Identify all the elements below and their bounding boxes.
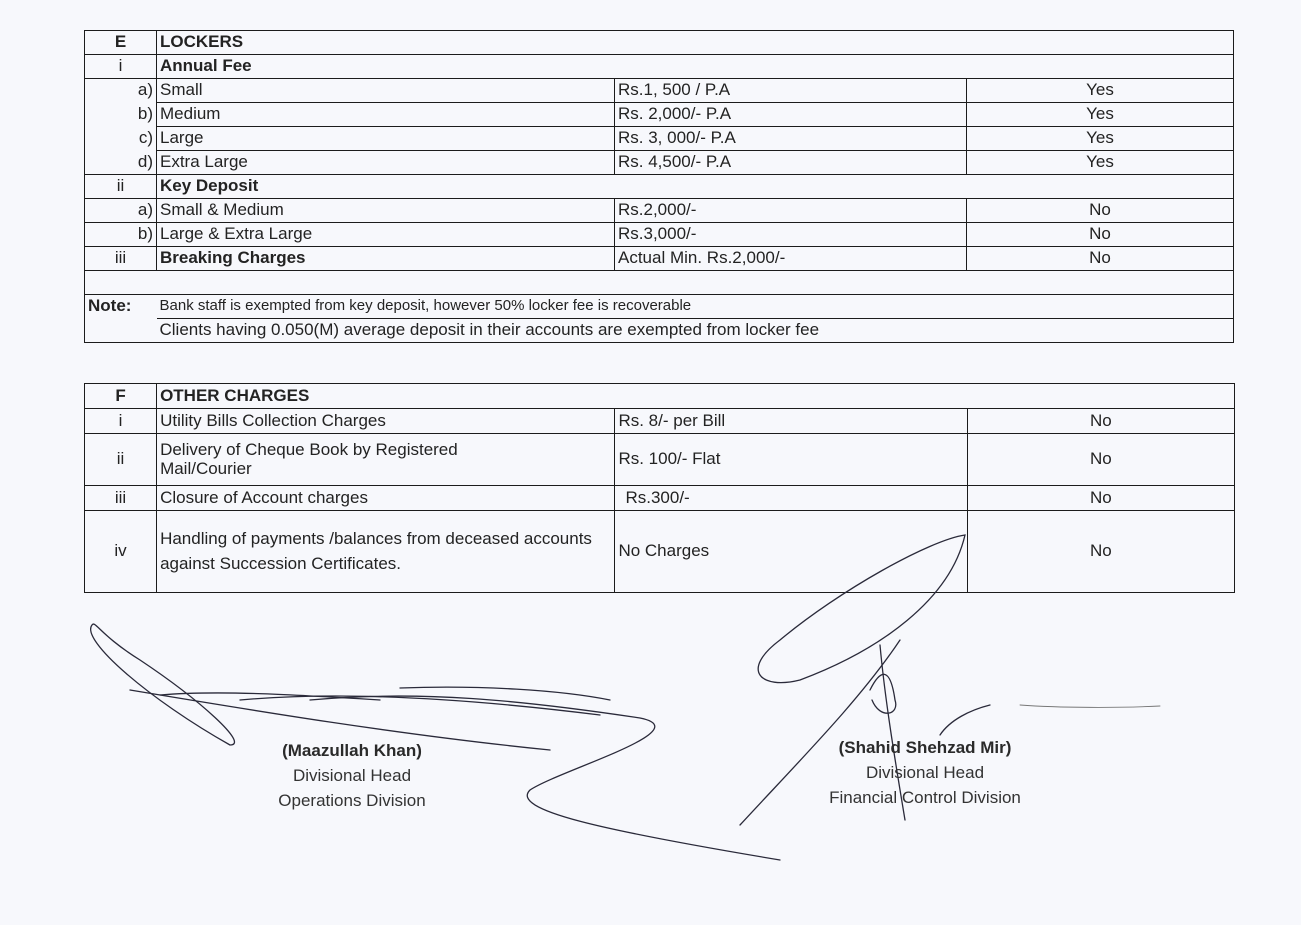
row-label: Closure of Account charges (157, 486, 615, 511)
signatory-name: (Maazullah Khan) (242, 738, 462, 763)
table-row: a) Small Rs.1, 500 / P.A Yes (85, 79, 1234, 103)
row-fed: No (967, 434, 1234, 486)
section-title: LOCKERS (157, 31, 1234, 55)
signatory-division: Operations Division (242, 788, 462, 813)
table-row: iii Breaking Charges Actual Min. Rs.2,00… (85, 247, 1234, 271)
row-charge: Rs. 100/- Flat (615, 434, 967, 486)
signatory-title: Divisional Head (790, 760, 1060, 785)
table-row: ii Delivery of Cheque Book by Registered… (85, 434, 1235, 486)
table-row: b) Large & Extra Large Rs.3,000/- No (85, 223, 1234, 247)
row-charge: Actual Min. Rs.2,000/- (615, 247, 967, 271)
lockers-table: E LOCKERS i Annual Fee a) Small Rs.1, 50… (84, 30, 1234, 343)
row-fed: No (967, 223, 1234, 247)
row-label: Large (157, 127, 615, 151)
section-letter: E (85, 31, 157, 55)
subsection-title: Annual Fee (157, 55, 1234, 79)
row-index: ii (85, 434, 157, 486)
section-header-row: E LOCKERS (85, 31, 1234, 55)
row-index: iii (85, 247, 157, 271)
table-row: c) Large Rs. 3, 000/- P.A Yes (85, 127, 1234, 151)
row-charge: Rs.300/- (615, 486, 967, 511)
table-row: i Utility Bills Collection Charges Rs. 8… (85, 409, 1235, 434)
subsection-title: Key Deposit (157, 175, 1234, 199)
row-label: Breaking Charges (157, 247, 615, 271)
signature-left-loop (91, 624, 235, 745)
row-index: iii (85, 486, 157, 511)
row-fed: Yes (967, 151, 1234, 175)
row-label: Small & Medium (157, 199, 615, 223)
signatory-name: (Shahid Shehzad Mir) (790, 735, 1060, 760)
row-charge: Rs. 8/- per Bill (615, 409, 967, 434)
note-row: Clients having 0.050(M) average deposit … (85, 319, 1234, 343)
table-row: d) Extra Large Rs. 4,500/- P.A Yes (85, 151, 1234, 175)
spacer-row (85, 271, 1234, 295)
row-charge: Rs.1, 500 / P.A (615, 79, 967, 103)
table-row: a) Small & Medium Rs.2,000/- No (85, 199, 1234, 223)
table-row: b) Medium Rs. 2,000/- P.A Yes (85, 103, 1234, 127)
row-label: Small (157, 79, 615, 103)
row-label: Extra Large (157, 151, 615, 175)
row-label: Delivery of Cheque Book by Registered Ma… (157, 434, 615, 486)
row-charge: Rs.2,000/- (615, 199, 967, 223)
row-charge: Rs. 3, 000/- P.A (615, 127, 967, 151)
row-fed: Yes (967, 103, 1234, 127)
subsection-index: i (85, 55, 157, 79)
note-text: Clients having 0.050(M) average deposit … (157, 319, 1234, 343)
row-index: iv (85, 511, 157, 593)
table-row: iii Closure of Account charges Rs.300/- … (85, 486, 1235, 511)
row-index: b) (85, 103, 157, 127)
row-index: c) (85, 127, 157, 151)
empty-cell (85, 271, 1234, 295)
signatory-title: Divisional Head (242, 763, 462, 788)
row-fed: No (967, 486, 1234, 511)
row-fed: No (967, 199, 1234, 223)
row-index: d) (85, 151, 157, 175)
row-fed: No (967, 409, 1234, 434)
row-index: a) (85, 79, 157, 103)
row-index: a) (85, 199, 157, 223)
section-header-row: F OTHER CHARGES (85, 384, 1235, 409)
note-label: Note: (85, 295, 157, 319)
row-label: Medium (157, 103, 615, 127)
signatory-block: (Shahid Shehzad Mir) Divisional Head Fin… (790, 735, 1060, 810)
signatory-division: Financial Control Division (790, 785, 1060, 810)
signatory-block: (Maazullah Khan) Divisional Head Operati… (242, 738, 462, 813)
section-letter: F (85, 384, 157, 409)
row-charge: No Charges (615, 511, 967, 593)
note-row: Note: Bank staff is exempted from key de… (85, 295, 1234, 319)
row-fed: Yes (967, 79, 1234, 103)
row-charge: Rs. 2,000/- P.A (615, 103, 967, 127)
row-fed: No (967, 247, 1234, 271)
row-index: i (85, 409, 157, 434)
table-row: iv Handling of payments /balances from d… (85, 511, 1235, 593)
subsection-row: ii Key Deposit (85, 175, 1234, 199)
row-label: Utility Bills Collection Charges (157, 409, 615, 434)
empty-cell (85, 319, 157, 343)
row-charge: Rs.3,000/- (615, 223, 967, 247)
row-index: b) (85, 223, 157, 247)
other-charges-table: F OTHER CHARGES i Utility Bills Collecti… (84, 383, 1235, 593)
note-text: Bank staff is exempted from key deposit,… (157, 295, 1234, 319)
subsection-index: ii (85, 175, 157, 199)
row-label: Large & Extra Large (157, 223, 615, 247)
section-title: OTHER CHARGES (157, 384, 1235, 409)
row-fed: Yes (967, 127, 1234, 151)
row-label: Handling of payments /balances from dece… (157, 511, 615, 593)
row-charge: Rs. 4,500/- P.A (615, 151, 967, 175)
row-fed: No (967, 511, 1234, 593)
subsection-row: i Annual Fee (85, 55, 1234, 79)
